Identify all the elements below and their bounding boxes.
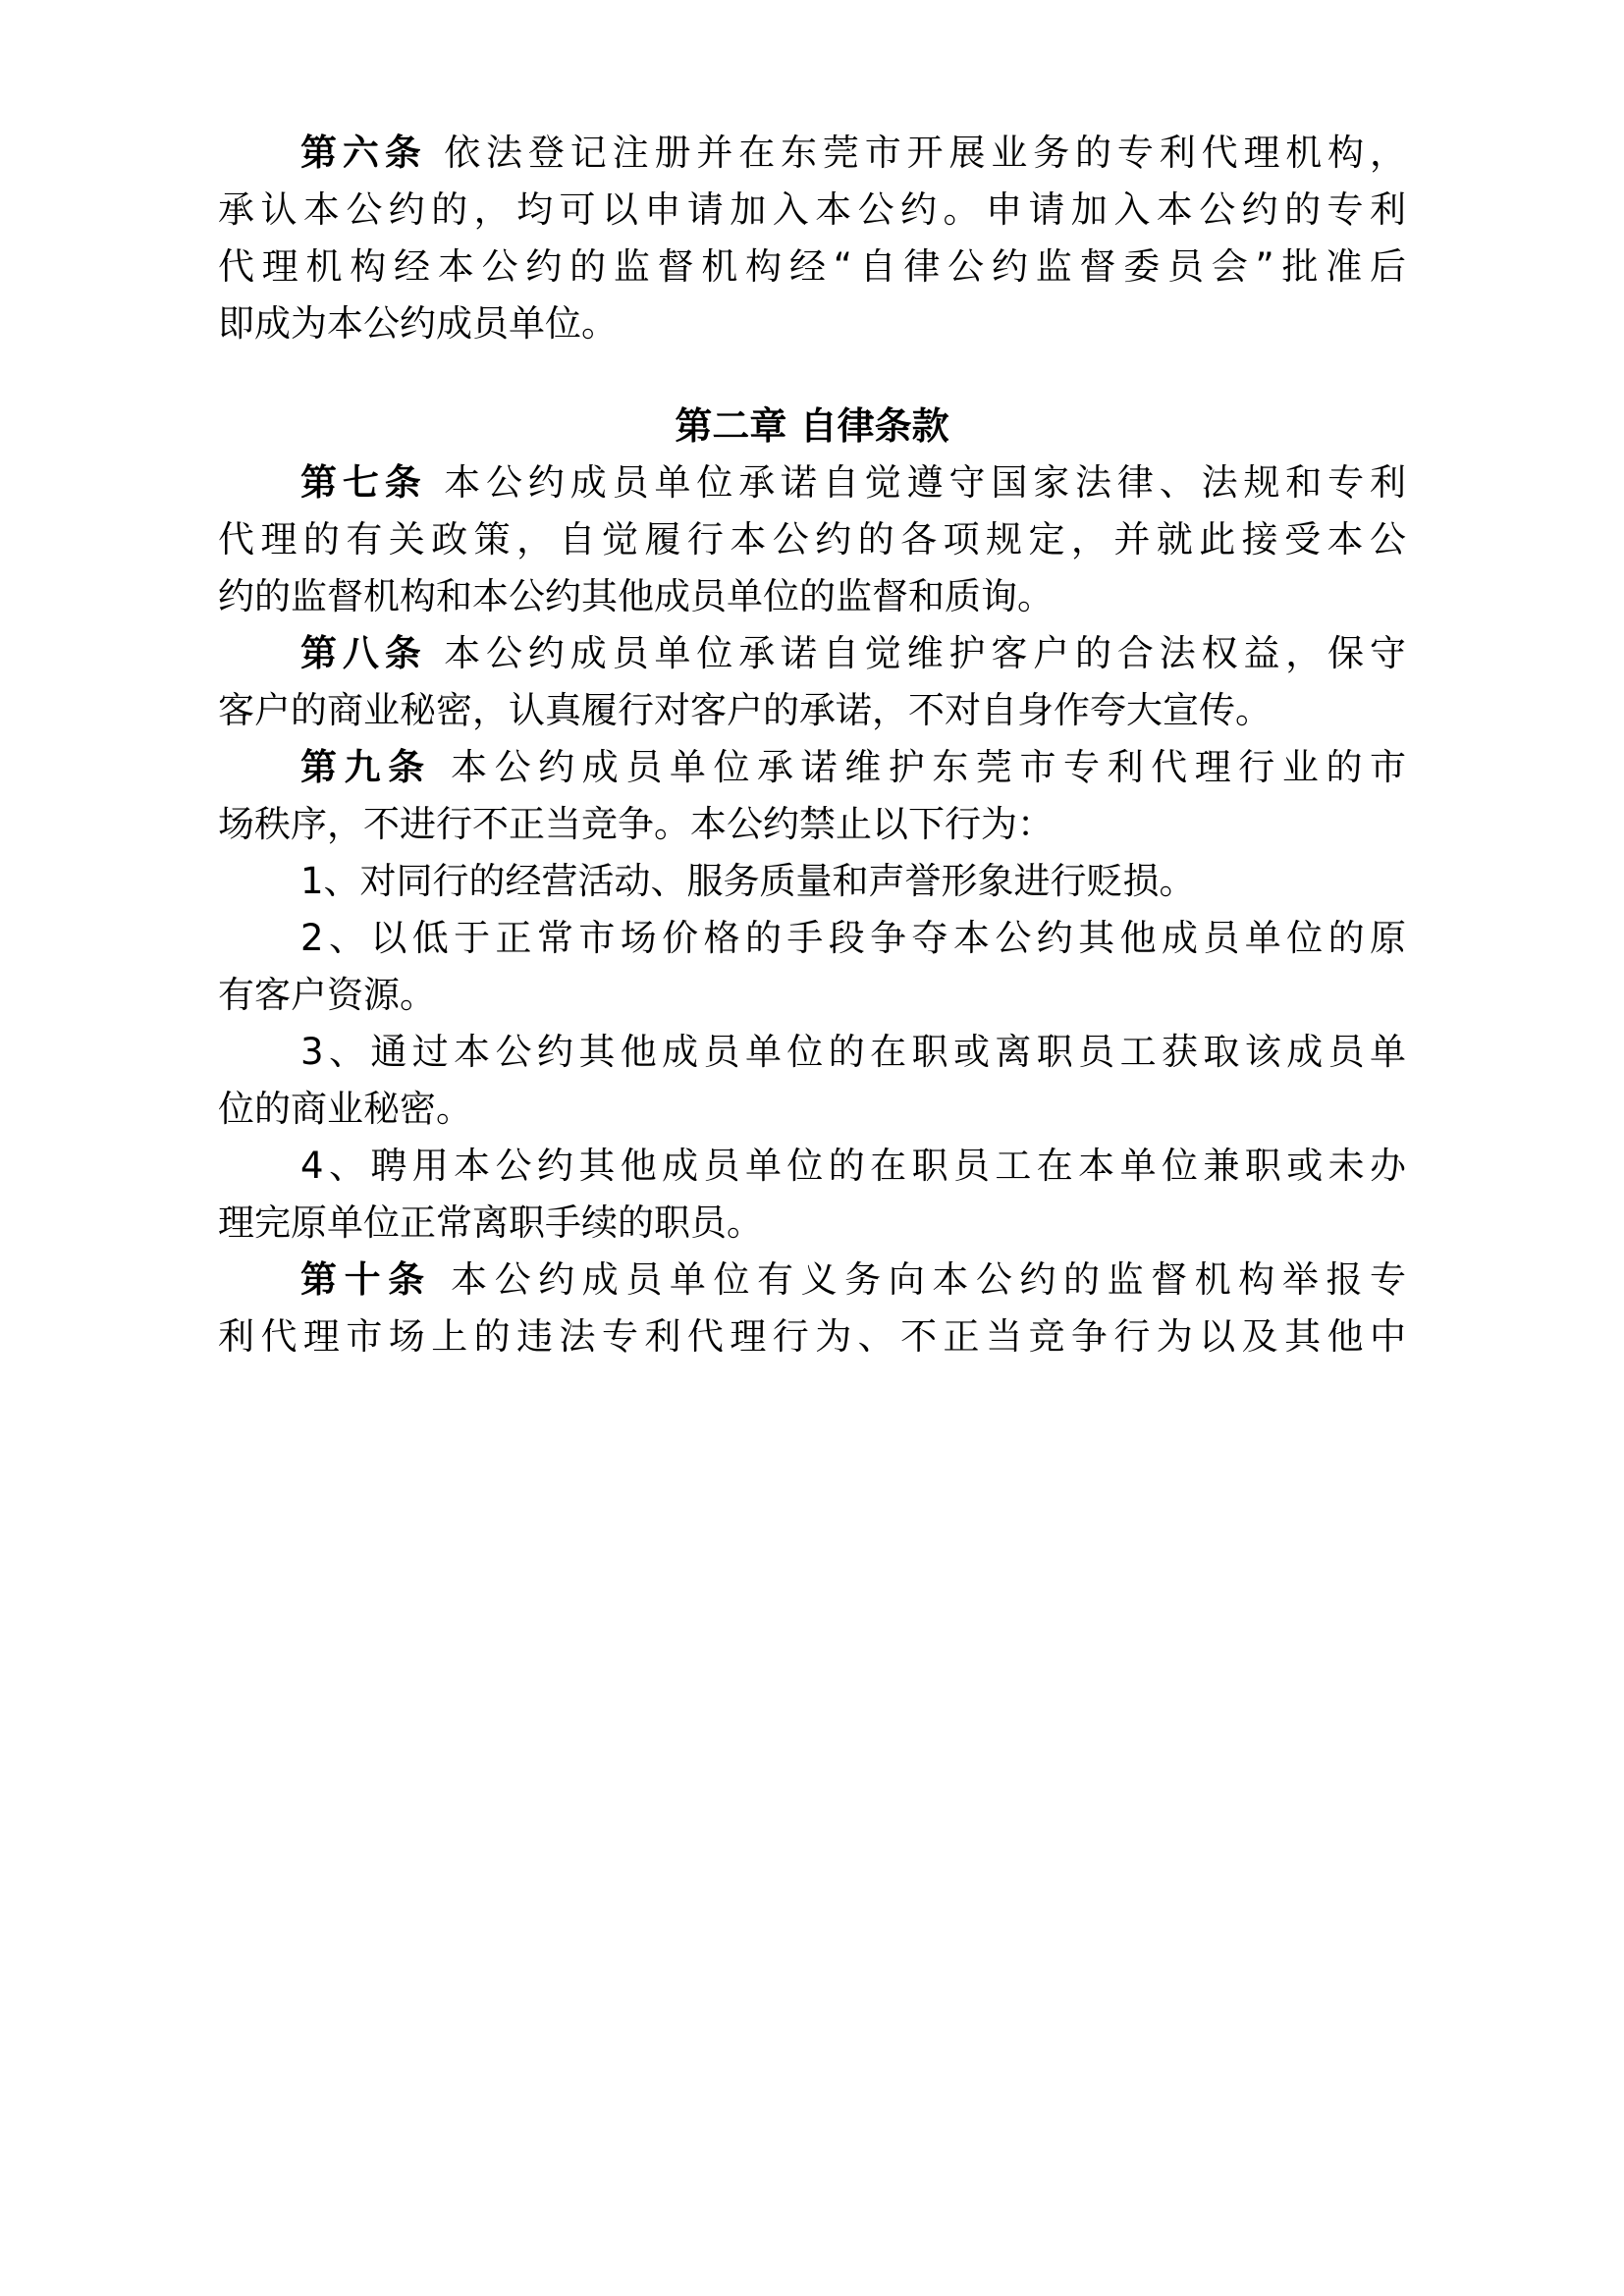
list-item-3-line-1: 3、通过本公约其他成员单位的在职或离职员工获取该成员单 — [218, 1024, 1406, 1081]
article-8-text: 本公约成员单位承诺自觉维护客户的合法权益，保守 — [444, 632, 1406, 674]
article-6-line-3: 代理机构经本公约的监督机构经“自律公约监督委员会”批准后 — [218, 239, 1406, 295]
article-8-label: 第八条 — [300, 632, 427, 674]
article-10-line-1: 第十条 本公约成员单位有义务向本公约的监督机构举报专 — [218, 1252, 1406, 1308]
article-6-line-4: 即成为本公约成员单位。 — [218, 295, 1406, 352]
article-6-label: 第六条 — [300, 132, 427, 174]
article-6-line-2: 承认本公约的，均可以申请加入本公约。申请加入本公约的专利 — [218, 182, 1406, 239]
list-item-2-line-1: 2、以低于正常市场价格的手段争夺本公约其他成员单位的原 — [218, 910, 1406, 967]
article-6-line-1: 第六条 依法登记注册并在东莞市开展业务的专利代理机构， — [218, 125, 1406, 182]
chapter-heading: 第二章 自律条款 — [218, 398, 1406, 454]
article-8-line-1: 第八条 本公约成员单位承诺自觉维护客户的合法权益，保守 — [218, 625, 1406, 682]
article-10-text: 本公约成员单位有义务向本公约的监督机构举报专 — [451, 1258, 1406, 1301]
article-9-label: 第九条 — [300, 746, 432, 788]
list-item-1: 1、对同行的经营活动、服务质量和声誉形象进行贬损。 — [218, 853, 1406, 910]
article-8-line-2: 客户的商业秘密，认真履行对客户的承诺，不对自身作夸大宣传。 — [218, 682, 1406, 739]
list-item-2-line-2: 有客户资源。 — [218, 967, 1406, 1024]
article-7-line-1: 第七条 本公约成员单位承诺自觉遵守国家法律、法规和专利 — [218, 454, 1406, 511]
article-7-label: 第七条 — [300, 461, 427, 504]
list-item-4-line-2: 理完原单位正常离职手续的职员。 — [218, 1195, 1406, 1252]
list-item-4-line-1: 4、聘用本公约其他成员单位的在职员工在本单位兼职或未办 — [218, 1138, 1406, 1195]
article-9-line-1: 第九条 本公约成员单位承诺维护东莞市专利代理行业的市 — [218, 739, 1406, 796]
article-7-text: 本公约成员单位承诺自觉遵守国家法律、法规和专利 — [444, 461, 1406, 504]
article-9-text: 本公约成员单位承诺维护东莞市专利代理行业的市 — [451, 746, 1406, 788]
article-6-text: 依法登记注册并在东莞市开展业务的专利代理机构， — [444, 132, 1406, 174]
article-10-line-2: 利代理市场上的违法专利代理行为、不正当竞争行为以及其他中 — [218, 1308, 1406, 1365]
article-9-line-2: 场秩序，不进行不正当竞争。本公约禁止以下行为： — [218, 796, 1406, 853]
article-7-line-3: 约的监督机构和本公约其他成员单位的监督和质询。 — [218, 568, 1406, 625]
article-7-line-2: 代理的有关政策，自觉履行本公约的各项规定，并就此接受本公 — [218, 511, 1406, 568]
article-10-label: 第十条 — [300, 1258, 432, 1301]
list-item-3-line-2: 位的商业秘密。 — [218, 1081, 1406, 1138]
